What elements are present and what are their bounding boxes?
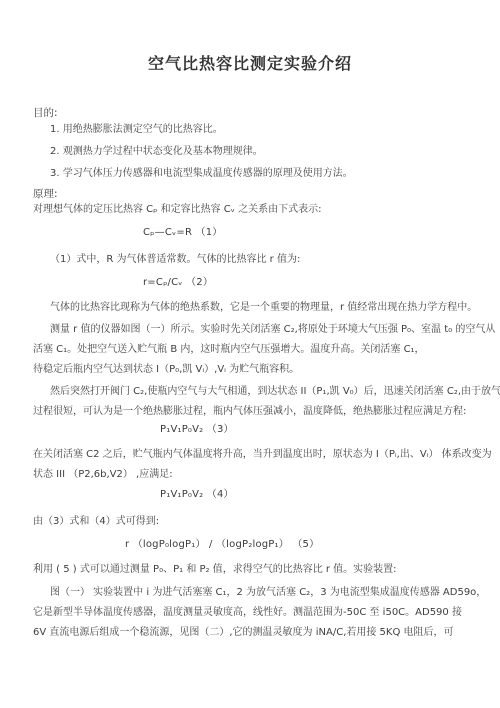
paragraph-line: 过程很短，可认为是一个绝热膨胀过程，瓶内气体压强减小，温度降低，绝热膨胀过程应满… — [33, 402, 466, 422]
paragraph-line: 在关闭活塞 C2 之后，贮气瓶内气体温度将升高，当升到温度出时，原状态为 I（P… — [33, 445, 492, 465]
paragraph-line: 它是新型半导体温度传感器，温度测量灵敏度高，线性好。测温范围为-50C 至 i5… — [33, 603, 462, 623]
formula-4: P₁V₁P₀V₂ （4） — [160, 485, 234, 505]
paragraph-line: 由（3）式和（4）式可得到: — [33, 512, 159, 532]
paragraph-line: 对理想气体的定压比热容 Cₚ 和定容比热容 Cᵥ 之关系由下式表示: — [33, 200, 322, 220]
paragraph-line: 6V 直流电源后组成一个稳流源，见图（二）,它的测温灵敏度为 iNA/C,若用接… — [33, 623, 454, 643]
formula-2: r=Cₚ/Cᵥ （2） — [143, 273, 213, 293]
document-title: 空气比热容比测定实验介绍 — [0, 52, 500, 76]
paragraph-line: 利用 ( 5 ) 式可以通过测量 P₀、P₁ 和 P₂ 值，求得空气的比热容比 … — [33, 560, 397, 580]
paragraph-line: 然后突然打开阀门 C₂,使瓶内空气与大气相通，到达状态 II（P₁,凯 V₀）后… — [50, 382, 500, 402]
formula-1: Cₚ—Cᵥ=R （1） — [143, 223, 223, 243]
paragraph-line: （1）式中，R 为气体普适常数。气体的比热容比 r 值为: — [50, 250, 300, 270]
purpose-item-2: 2. 观测热力学过程中状态变化及基本物理规律。 — [50, 142, 263, 162]
paragraph-line: 图（一） 实验装置中 i 为进气活塞塞 C₁，2 为放气活塞 C₂，3 为电流型… — [50, 583, 486, 603]
purpose-item-1: 1. 用绝热膨胀法测定空气的比热容比。 — [50, 120, 223, 140]
formula-3: P₁V₁P₀V₂ （3） — [160, 420, 234, 440]
paragraph-line: 状态 III （P2,6b,V2） ,应满足: — [33, 465, 173, 485]
formula-5: r （logP₀logP₁） / （logP₂logP₁） （5） — [125, 535, 319, 555]
paragraph-line: 气体的比热容比现称为气体的绝热系数，它是一个重要的物理量，r 值经常出现在热力学… — [50, 298, 477, 318]
purpose-item-3: 3. 学习气体压力传感器和电流型集成温度传感器的原理及使用方法。 — [50, 164, 353, 184]
document-page: 空气比热容比测定实验介绍 目的: 1. 用绝热膨胀法测定空气的比热容比。 2. … — [0, 0, 500, 708]
paragraph-line: 活塞 C₁。处把空气送入贮气瓶 B 内，这时瓶内空气压强增大。温度升高。关闭活塞… — [33, 340, 425, 360]
paragraph-line: 待稳定后瓶内空气达到状态 I（P₀,凯 Vᵢ）,Vᵢ 为贮气瓶容积。 — [33, 360, 299, 380]
paragraph-line: 测量 r 值的仪器如图（一）所示。实验时先关闭活塞 C₂,将原处于环境大气压强 … — [50, 320, 495, 340]
